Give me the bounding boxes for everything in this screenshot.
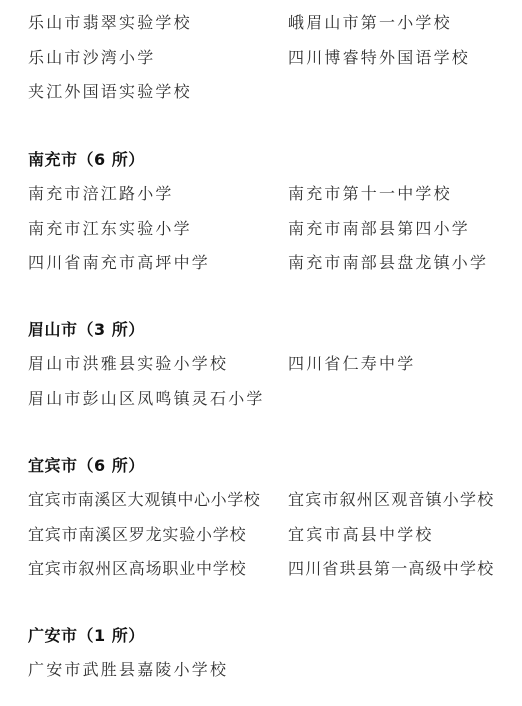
list-row: 乐山市沙湾小学 四川博睿特外国语学校	[28, 41, 508, 76]
school-name: 眉山市彭山区凤鸣镇灵石小学	[28, 382, 265, 417]
section-yibin: 宜宾市（6 所） 宜宾市南溪区大观镇中心小学校 宜宾市叙州区观音镇小学校 宜宾市…	[28, 449, 508, 587]
school-name: 峨眉山市第一小学校	[288, 6, 452, 41]
school-name: 眉山市洪雅县实验小学校	[28, 347, 228, 382]
school-name: 宜宾市南溪区大观镇中心小学校	[28, 483, 260, 518]
section-leshan-continued: 乐山市翡翠实验学校 峨眉山市第一小学校 乐山市沙湾小学 四川博睿特外国语学校 夹…	[28, 6, 508, 110]
list-row: 眉山市彭山区凤鸣镇灵石小学	[28, 382, 508, 417]
school-name: 四川省珙县第一高级中学校	[288, 552, 494, 587]
list-row: 南充市江东实验小学 南充市南部县第四小学	[28, 212, 508, 247]
school-name: 广安市武胜县嘉陵小学校	[28, 653, 228, 688]
list-row: 夹江外国语实验学校	[28, 75, 508, 110]
list-row: 广安市武胜县嘉陵小学校	[28, 653, 508, 688]
list-row: 宜宾市南溪区大观镇中心小学校 宜宾市叙州区观音镇小学校	[28, 483, 508, 518]
school-name: 南充市南部县盘龙镇小学	[288, 246, 488, 281]
list-row: 宜宾市南溪区罗龙实验小学校 宜宾市高县中学校	[28, 518, 508, 553]
list-row: 宜宾市叙州区高场职业中学校 四川省珙县第一高级中学校	[28, 552, 508, 587]
school-name: 四川省仁寿中学	[288, 347, 415, 382]
school-name: 宜宾市高县中学校	[288, 518, 434, 553]
list-row: 南充市涪江路小学 南充市第十一中学校	[28, 177, 508, 212]
school-name: 四川博睿特外国语学校	[288, 41, 470, 76]
list-row: 乐山市翡翠实验学校 峨眉山市第一小学校	[28, 6, 508, 41]
school-list-document: 乐山市翡翠实验学校 峨眉山市第一小学校 乐山市沙湾小学 四川博睿特外国语学校 夹…	[0, 0, 522, 706]
school-name: 南充市江东实验小学	[28, 212, 192, 247]
list-row: 四川省南充市高坪中学 南充市南部县盘龙镇小学	[28, 246, 508, 281]
section-guangan: 广安市（1 所） 广安市武胜县嘉陵小学校	[28, 619, 508, 688]
section-heading: 南充市（6 所）	[28, 143, 508, 177]
school-name: 宜宾市叙州区高场职业中学校	[28, 552, 246, 587]
section-heading: 眉山市（3 所）	[28, 313, 508, 347]
section-heading: 宜宾市（6 所）	[28, 449, 508, 483]
school-name: 四川省南充市高坪中学	[28, 246, 210, 281]
school-name: 乐山市翡翠实验学校	[28, 6, 192, 41]
section-nanchong: 南充市（6 所） 南充市涪江路小学 南充市第十一中学校 南充市江东实验小学 南充…	[28, 143, 508, 281]
school-name: 乐山市沙湾小学	[28, 41, 155, 76]
school-name: 南充市第十一中学校	[288, 177, 452, 212]
school-name: 夹江外国语实验学校	[28, 75, 192, 110]
school-name: 宜宾市南溪区罗龙实验小学校	[28, 518, 246, 553]
section-meishan: 眉山市（3 所） 眉山市洪雅县实验小学校 四川省仁寿中学 眉山市彭山区凤鸣镇灵石…	[28, 313, 508, 416]
school-name: 南充市涪江路小学	[28, 177, 174, 212]
school-name: 南充市南部县第四小学	[288, 212, 470, 247]
school-name: 宜宾市叙州区观音镇小学校	[288, 483, 494, 518]
list-row: 眉山市洪雅县实验小学校 四川省仁寿中学	[28, 347, 508, 382]
section-heading: 广安市（1 所）	[28, 619, 508, 653]
